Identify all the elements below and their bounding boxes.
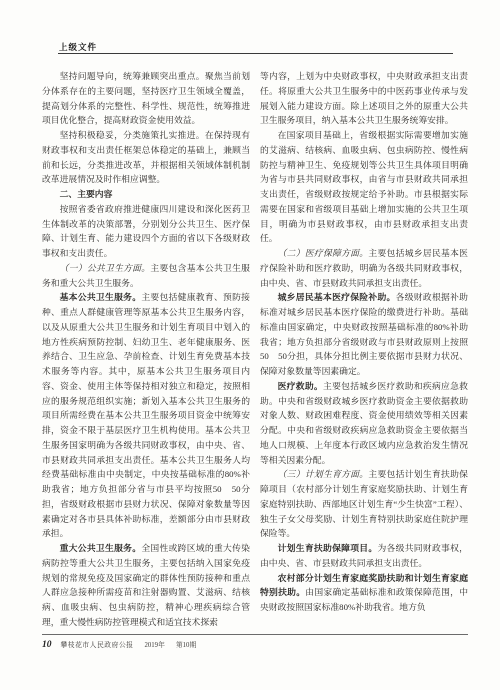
paragraph: 医疗救助。主要包括城乡医疗救助和疾病应急救助。中央和省级财政城乡医疗救助资金主要…: [260, 379, 468, 468]
text-run-normal: 在国家项目基础上，省级根据实际需要增加实施的艾滋病、结核病、血吸虫病、包虫病防控…: [260, 130, 468, 243]
column-right: 等内容，上划为中央财政事权，中央财政承担支出责任。将原重大公共卫生服务中的中医药…: [260, 69, 468, 629]
header-rule: [58, 53, 453, 54]
text-run-kai: （三）计划生育方面。: [278, 469, 369, 479]
paragraph: 重大公共卫生服务。全国性或跨区域的重大传染病防控等重大公共卫生服务，主要包括纳入…: [42, 541, 250, 629]
footer-issue: 第10期: [176, 639, 196, 649]
text-run-bold: 二、主要内容: [60, 189, 113, 199]
footer-rule: [42, 634, 468, 635]
paragraph: 基本公共卫生服务。主要包括健康教育、预防接种、重点人群健康管理等原基本公共卫生服…: [42, 290, 250, 541]
paragraph: 计划生育扶助保障项目。为各级共同财政事权，由中央、省、市县财政共同承担支出责任。: [260, 541, 468, 571]
paragraph: 城乡居民基本医疗保险补助。各级财政根据补助标准对城乡居民基本医疗保险的缴费进行补…: [260, 290, 468, 379]
footer-publication: 攀枝花市人民政府公报: [61, 639, 134, 649]
footer-year: 2019年: [144, 639, 164, 649]
header-section-label: 上级文件: [59, 41, 97, 53]
text-run-normal: 坚持问题导向，统筹兼顾突出重点。聚焦当前划分体系存在的主要问题，坚持医疗卫生领域…: [42, 71, 250, 125]
text-run-lead: 重大公共卫生服务。: [60, 543, 142, 553]
paragraph: （二）医疗保障方面。主要包括城乡居民基本医疗保险补助和医疗救助，明确为各级共同财…: [260, 246, 468, 290]
page-number: 10: [42, 640, 52, 650]
text-run-normal: 全国性或跨区域的重大传染病防控等重大公共卫生服务，主要包括纳入国家免疫规划的常规…: [42, 543, 250, 627]
paragraph: （三）计划生育方面。主要包括计划生育扶助保障项目（农村部分计划生育家庭奖励扶助、…: [260, 467, 468, 541]
text-run-normal: 坚持积极稳妥，分类施策扎实推进。在保持现有财政事权和支出责任框架总体稳定的基础上…: [42, 130, 250, 184]
text-run-lead: 计划生育扶助保障项目。: [278, 543, 378, 553]
text-run-normal: 主要包括计划生育扶助保障项目（农村部分计划生育家庭奖励扶助、计划生育家庭特别扶助…: [260, 469, 468, 538]
text-run-kai: （一）公共卫生方面。: [60, 263, 151, 273]
text-run-normal: 按照省委省政府推进健康四川建设和深化医药卫生体制改革的决策部署，分别划分公共卫生…: [42, 204, 250, 258]
text-run-normal: 主要包括健康教育、预防接种、重点人群健康管理等原基本公共卫生服务内容，以及从原重…: [42, 292, 250, 538]
paragraph: 农村部分计划生育家庭奖励扶助和计划生育家庭特别扶助。由国家确定基础标准和政策保障…: [260, 571, 468, 615]
column-left: 坚持问题导向，统筹兼顾突出重点。聚焦当前划分体系存在的主要问题，坚持医疗卫生领域…: [42, 69, 250, 629]
paragraph: 按照省委省政府推进健康四川建设和深化医药卫生体制改革的决策部署，分别划分公共卫生…: [42, 202, 250, 261]
text-run-kai: （二）医疗保障方面。: [278, 248, 369, 258]
paragraph: 等内容，上划为中央财政事权，中央财政承担支出责任。将原重大公共卫生服务中的中医药…: [260, 69, 468, 128]
text-run-lead: 医疗救助。: [278, 381, 323, 391]
text-run-normal: 等内容，上划为中央财政事权，中央财政承担支出责任。将原重大公共卫生服务中的中医药…: [260, 71, 468, 125]
text-run-normal: 各级财政根据补助标准对城乡居民基本医疗保险的缴费进行补助。基础标准由国家确定，中…: [260, 292, 468, 376]
section-heading: 二、主要内容: [42, 187, 250, 202]
gazette-page: 上级文件 坚持问题导向，统筹兼顾突出重点。聚焦当前划分体系存在的主要问题，坚持医…: [0, 0, 500, 690]
text-run-normal: 主要包括城乡医疗救助和疾病应急救助。中央和省级财政城乡医疗救助资金主要依据救助对…: [260, 381, 468, 465]
paragraph: 坚持积极稳妥，分类施策扎实推进。在保持现有财政事权和支出责任框架总体稳定的基础上…: [42, 128, 250, 187]
paragraph: 在国家项目基础上，省级根据实际需要增加实施的艾滋病、结核病、血吸虫病、包虫病防控…: [260, 128, 468, 246]
document-body: 坚持问题导向，统筹兼顾突出重点。聚焦当前划分体系存在的主要问题，坚持医疗卫生领域…: [42, 69, 468, 629]
paragraph: （一）公共卫生方面。主要包含基本公共卫生服务和重大公共卫生服务。: [42, 261, 250, 291]
text-run-lead: 基本公共卫生服务。: [60, 292, 142, 302]
paragraph: 坚持问题导向，统筹兼顾突出重点。聚焦当前划分体系存在的主要问题，坚持医疗卫生领域…: [42, 69, 250, 128]
text-run-lead: 城乡居民基本医疗保险补助。: [278, 292, 396, 302]
page-footer: 10 攀枝花市人民政府公报 2019年 第10期: [42, 639, 468, 650]
